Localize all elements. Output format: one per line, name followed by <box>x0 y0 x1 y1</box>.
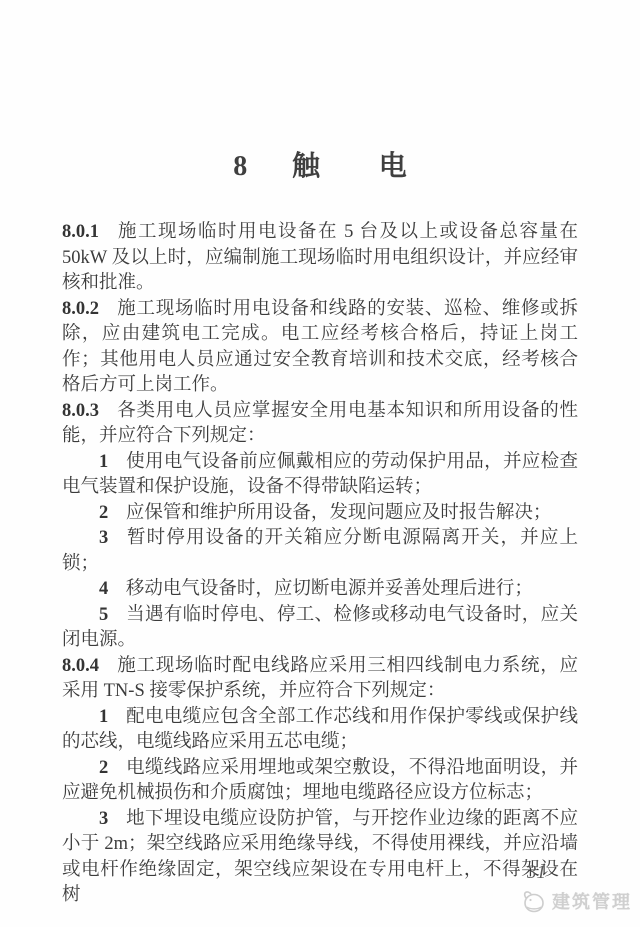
clause-text: 电缆线路应采用埋地或架空敷设，不得沿地面明设，并应避免机械损伤和介质腐蚀；埋地电… <box>62 758 578 804</box>
clause-8-0-1: 8.0.1施工现场临时用电设备在 5 台及以上或设备总容量在 50kW 及以上时… <box>62 220 578 297</box>
clause-8-0-3: 8.0.3各类用电人员应掌握安全用电基本知识和所用设备的性能，并应符合下列规定： <box>62 399 578 450</box>
clause-number: 8.0.1 <box>62 222 99 242</box>
document-body: 8触电 8.0.1施工现场临时用电设备在 5 台及以上或设备总容量在 50kW … <box>0 0 640 909</box>
clause-text: 当遇有临时停电、停工、检修或移动电气设备时，应关闭电源。 <box>62 605 578 651</box>
document-page: 8触电 8.0.1施工现场临时用电设备在 5 台及以上或设备总容量在 50kW … <box>0 0 640 927</box>
watermark: 建筑管理 <box>518 888 632 914</box>
item-number: 2 <box>99 503 108 523</box>
clause-number: 8.0.2 <box>62 299 99 319</box>
item-number: 3 <box>99 809 108 829</box>
clause-text: 移动电气设备时，应切断电源并妥善处理后进行； <box>126 579 533 599</box>
clause-text: 使用电气设备前应佩戴相应的劳动保护用品，并应检查电气装置和保护设施，设备不得带缺… <box>62 452 578 498</box>
item-number: 1 <box>99 707 108 727</box>
clause-8-0-4-item-3: 3地下埋设电缆应设防护管，与开挖作业边缘的距离不应小于 2m；架空线路应采用绝缘… <box>62 807 578 909</box>
item-number: 4 <box>99 579 108 599</box>
clause-8-0-3-item-3: 3暂时停用设备的开关箱应分断电源隔离开关，并应上锁； <box>62 526 578 577</box>
page-number: 31 <box>527 862 546 884</box>
clause-text: 应保管和维护所用设备，发现问题应及时报告解决； <box>126 503 552 523</box>
item-number: 5 <box>99 605 108 625</box>
clause-8-0-2: 8.0.2施工现场临时用电设备和线路的安装、巡检、维修或拆除，应由建筑电工完成。… <box>62 297 578 399</box>
item-number: 1 <box>99 452 108 472</box>
clause-text: 暂时停用设备的开关箱应分断电源隔离开关，并应上锁； <box>62 528 578 574</box>
clause-8-0-4-item-1: 1配电电缆应包含全部工作芯线和用作保护零线或保护线的芯线，电缆线路应采用五芯电缆… <box>62 705 578 756</box>
item-number: 2 <box>99 758 108 778</box>
clause-8-0-3-item-4: 4移动电气设备时，应切断电源并妥善处理后进行； <box>62 577 578 603</box>
clause-text: 施工现场临时用电设备在 5 台及以上或设备总容量在 50kW 及以上时，应编制施… <box>62 222 578 293</box>
chapter-number: 8 <box>233 151 247 182</box>
clause-number: 8.0.3 <box>62 401 99 421</box>
chapter-title-text: 触电 <box>292 151 466 182</box>
clause-8-0-4-item-2: 2电缆线路应采用埋地或架空敷设，不得沿地面明设，并应避免机械损伤和介质腐蚀；埋地… <box>62 756 578 807</box>
clause-8-0-3-item-5: 5当遇有临时停电、停工、检修或移动电气设备时，应关闭电源。 <box>62 603 578 654</box>
item-number: 3 <box>99 528 108 548</box>
clause-text: 各类用电人员应掌握安全用电基本知识和所用设备的性能，并应符合下列规定： <box>62 401 578 447</box>
clause-text: 施工现场临时用电设备和线路的安装、巡检、维修或拆除，应由建筑电工完成。电工应经考… <box>62 299 578 396</box>
clause-list: 8.0.1施工现场临时用电设备在 5 台及以上或设备总容量在 50kW 及以上时… <box>62 220 578 909</box>
clause-text: 地下埋设电缆应设防护管，与开挖作业边缘的距离不应小于 2m；架空线路应采用绝缘导… <box>62 809 578 906</box>
clause-8-0-3-item-1: 1使用电气设备前应佩戴相应的劳动保护用品，并应检查电气装置和保护设施，设备不得带… <box>62 450 578 501</box>
cartoon-bird-logo-icon <box>518 888 548 914</box>
clause-number: 8.0.4 <box>62 656 99 676</box>
clause-text: 配电电缆应包含全部工作芯线和用作保护零线或保护线的芯线，电缆线路应采用五芯电缆； <box>62 707 578 753</box>
chapter-title: 8触电 <box>62 150 578 184</box>
clause-8-0-3-item-2: 2应保管和维护所用设备，发现问题应及时报告解决； <box>62 501 578 527</box>
clause-8-0-4: 8.0.4施工现场临时配电线路应采用三相四线制电力系统，应采用 TN-S 接零保… <box>62 654 578 705</box>
watermark-label: 建筑管理 <box>552 888 632 914</box>
clause-text: 施工现场临时配电线路应采用三相四线制电力系统，应采用 TN-S 接零保护系统，并… <box>62 656 578 702</box>
